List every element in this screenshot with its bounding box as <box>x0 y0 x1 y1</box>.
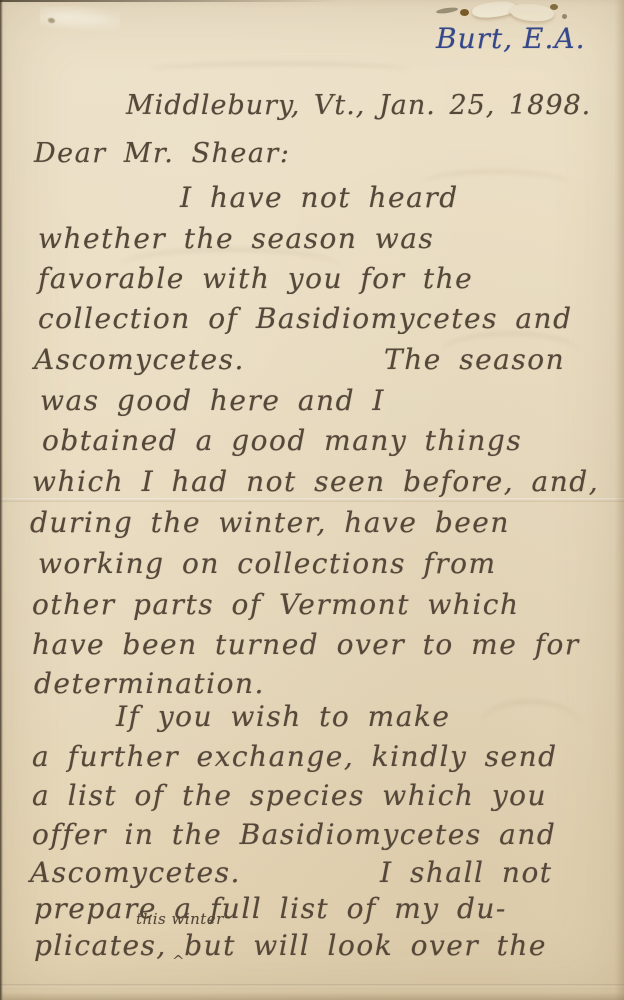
letter-line: which I had not seen before, and, <box>32 466 599 498</box>
letter-line: offer in the Basidiomycetes and <box>32 819 556 851</box>
letter-line: determination. <box>34 668 265 700</box>
dateline: Middlebury, Vt., Jan. 25, 1898. <box>126 90 591 122</box>
paper-speck <box>460 9 469 16</box>
paper-tear-left <box>40 6 120 32</box>
letter-line: whether the season was <box>38 223 434 255</box>
letter-line: prepare a full list of my du- <box>34 893 507 925</box>
scan-edge-top <box>0 0 340 2</box>
letter-line: favorable with you for the <box>38 263 473 295</box>
scan-edge-left <box>0 0 3 1000</box>
letter-line: Ascomycetes. I shall not <box>30 857 553 889</box>
letter-line: was good here and I <box>40 385 385 417</box>
archival-annotation: Burt, E.A. <box>436 22 586 55</box>
letter-line: collection of Basidiomycetes and <box>38 303 573 335</box>
interline-insertion: this winter <box>136 910 224 928</box>
letter-line: plicates, but will look over the <box>34 930 547 962</box>
insertion-caret: ^ <box>172 952 185 970</box>
fold-crease <box>0 984 624 987</box>
paper-mark <box>436 6 458 14</box>
letter-line: have been turned over to me for <box>32 629 580 661</box>
paper-speck <box>562 14 567 19</box>
scan-edge-right <box>614 0 624 1000</box>
letter-line: a further exchange, kindly send <box>32 741 558 773</box>
paper-speck <box>550 4 558 10</box>
letter-line: other parts of Vermont which <box>32 589 520 621</box>
letter-line: I have not heard <box>180 182 459 214</box>
letter-line: Ascomycetes. The season <box>34 344 565 376</box>
torn-paper-patch <box>509 2 554 23</box>
letter-line: working on collections from <box>38 548 497 580</box>
letter-line: obtained a good many things <box>42 425 522 457</box>
letter-line: a list of the species which you <box>32 780 547 812</box>
scan-edge-bottom <box>0 992 624 1000</box>
salutation: Dear Mr. Shear: <box>34 138 290 170</box>
show-through-ghost <box>150 62 410 79</box>
letter-line: If you wish to make <box>116 701 450 733</box>
fold-crease <box>0 498 624 502</box>
paper-speck <box>48 17 56 23</box>
letter-scan: Burt, E.A. Middlebury, Vt., Jan. 25, 189… <box>0 0 624 1000</box>
letter-line: during the winter, have been <box>30 507 510 539</box>
